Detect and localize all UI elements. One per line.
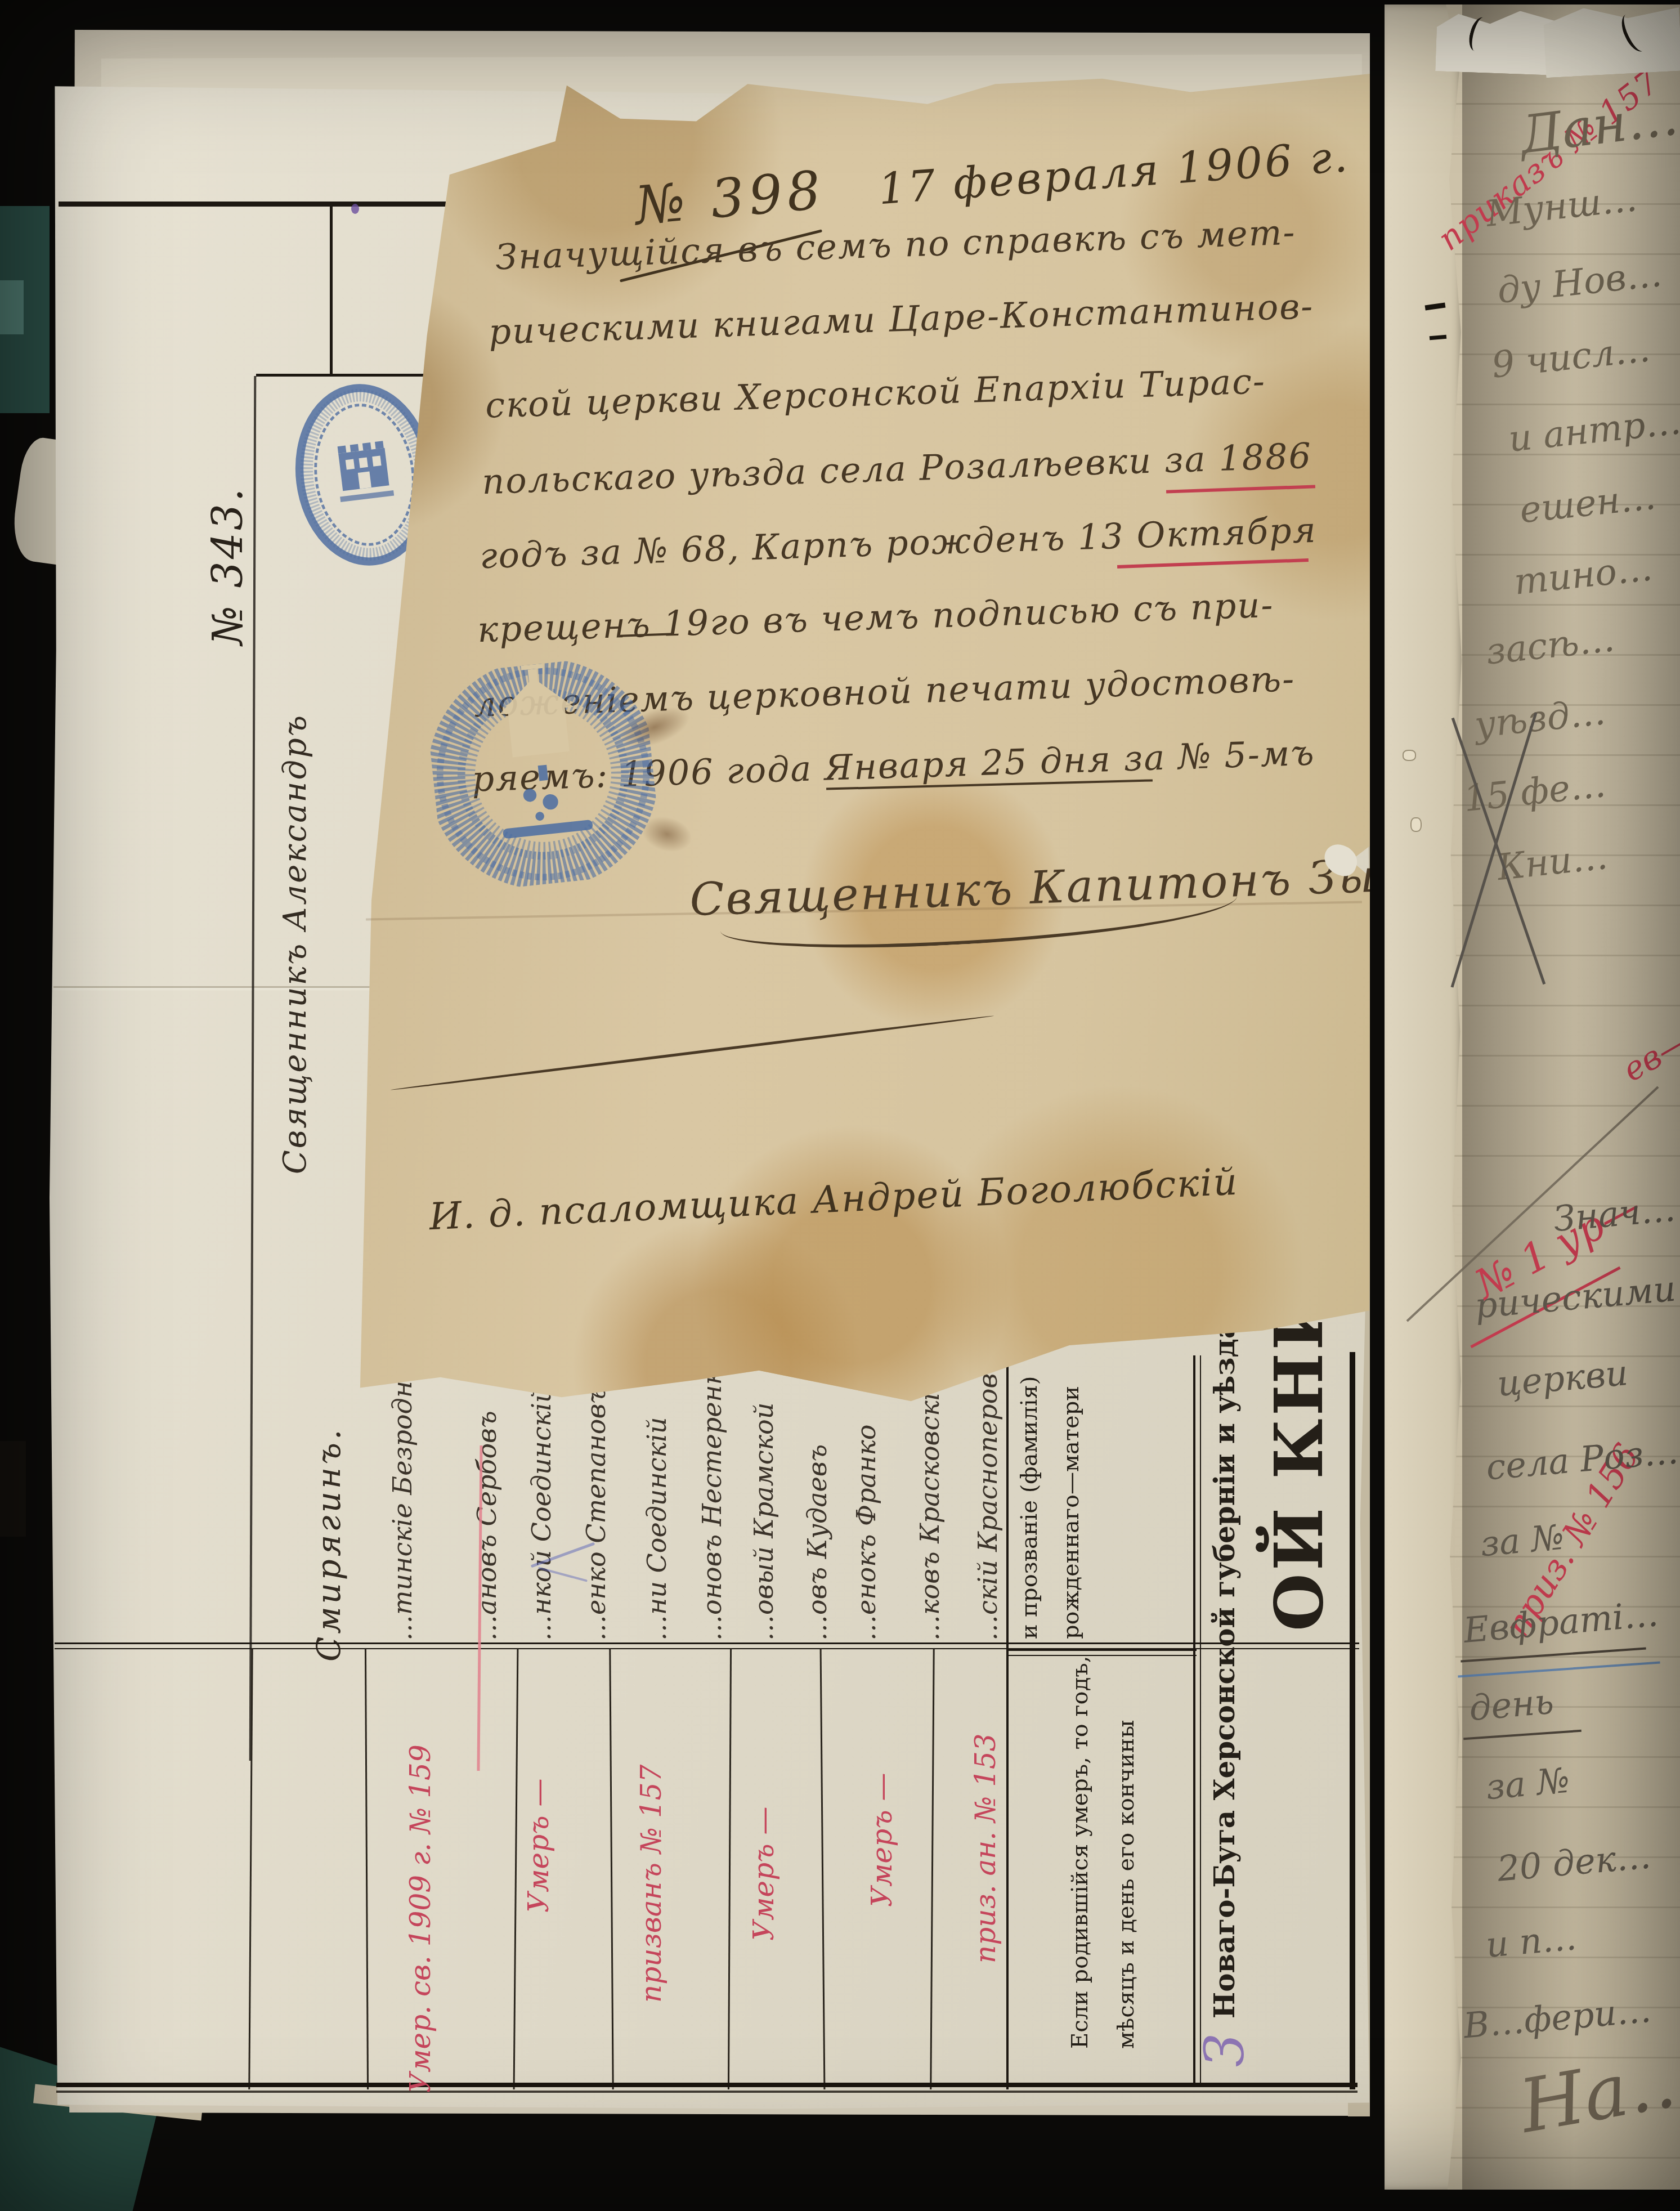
- form-top-thick-rule: [1350, 1352, 1355, 2089]
- form-bottom-thick-rule: [56, 2083, 1358, 2087]
- form-subtitle: Новаго-Буга Херсонской губерніи и уѣзда.: [1208, 1366, 1241, 2018]
- form-title-fragment: ОЙ КНИГИ: [1260, 1361, 1338, 1631]
- left-signature-part1: Священникъ Александръ: [277, 589, 313, 1174]
- form-col-death-line1: Если родившійся умеръ, то годъ,: [1067, 1677, 1093, 2049]
- entry-name: …овый Крамской: [749, 1334, 779, 1641]
- paper-tie: [1403, 750, 1416, 761]
- dark-gap-left: [0, 1441, 26, 1537]
- violet-ink-dot: [351, 204, 359, 214]
- col-rule-death-a: [1193, 1355, 1195, 2087]
- row-rule-double-a: [55, 1642, 1359, 1644]
- pencil-line: и п…: [1484, 1917, 1578, 1966]
- form-col-name-line1: и прозваніе (фамилія): [1016, 1369, 1042, 1639]
- round-church-stamp-icon: [423, 654, 664, 895]
- printed-rule-vert-a: [330, 206, 333, 375]
- left-signature-part2: Смирягинъ.: [310, 1189, 348, 1662]
- form-bottom-thin-rule: [56, 2091, 1358, 2093]
- page-number-343: № 343.: [204, 459, 252, 645]
- entry-name: …оновъ Нестеренко: [697, 1334, 727, 1641]
- pencil-line: за №: [1479, 1516, 1566, 1565]
- red-annotation: Умеръ —: [747, 1693, 780, 1941]
- red-annotation: Умеръ —: [866, 1682, 898, 1907]
- pencil-line: за №: [1484, 1760, 1571, 1808]
- teal-paper-highlight: [0, 280, 24, 334]
- pencil-line: день: [1467, 1681, 1555, 1729]
- violet-pencil-mark: З: [1194, 2005, 1256, 2067]
- header-cell-divider-b: [1007, 1655, 1197, 1656]
- form-col-death-line2: мѣсяцъ и день его кончины: [1113, 1677, 1139, 2049]
- col-rule-death-b: [1200, 1355, 1201, 2087]
- header-cell-divider-a: [1007, 1649, 1197, 1651]
- red-annotation: призванъ № 157: [635, 1682, 667, 2003]
- printed-rule-top: [59, 202, 453, 207]
- paper-tie: [1410, 817, 1422, 832]
- red-annotation: Умеръ —: [522, 1682, 555, 1913]
- binding-strip: [1385, 5, 1463, 2190]
- red-annotation: Умер. св. 1909 г. № 159: [404, 1665, 437, 2093]
- col-rule-name: [1006, 1351, 1009, 2089]
- entry-name: …скій Красноперовъ: [973, 1334, 1003, 1641]
- archival-photo: № 343. Священникъ Александръ Смирягинъ. …: [0, 0, 1680, 2211]
- form-col-name-line2: рожденнаго—матери: [1058, 1369, 1084, 1639]
- red-annotation: приз. ан. № 153: [969, 1671, 1002, 1963]
